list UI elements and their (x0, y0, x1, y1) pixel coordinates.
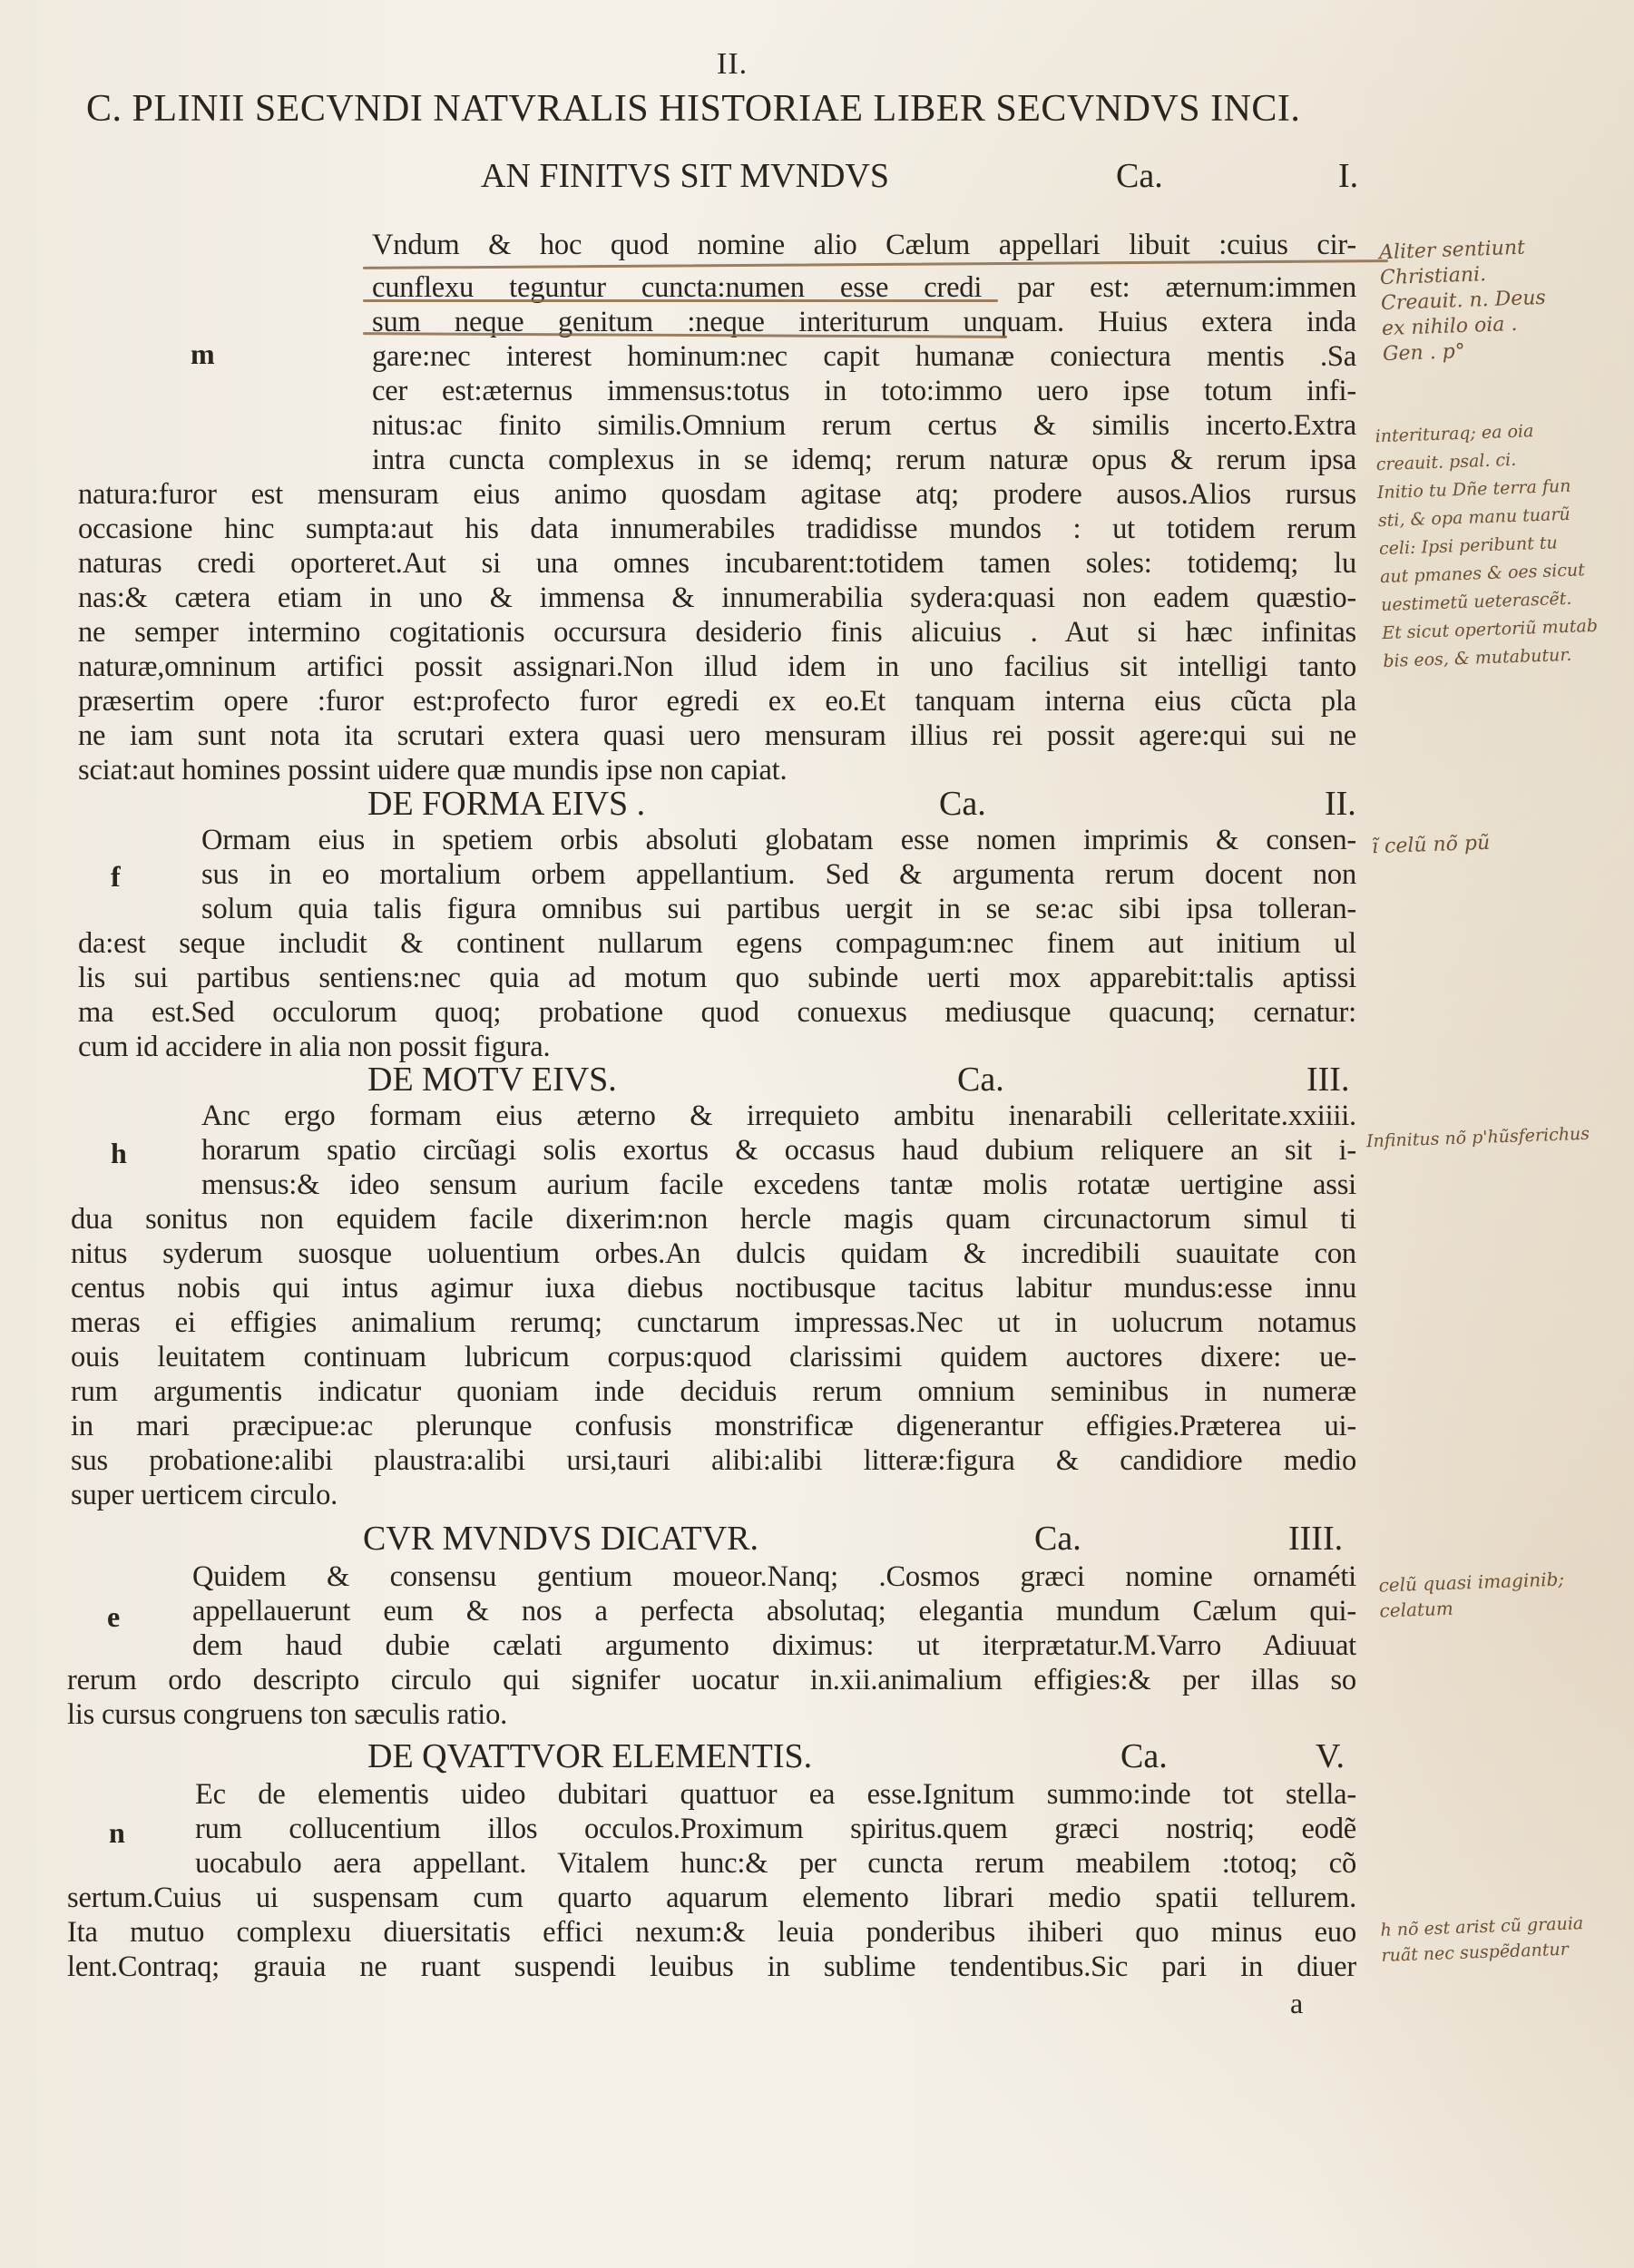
ink-underline (363, 299, 998, 302)
text-line: sus probatione:alibi plaustra:alibi ursi… (71, 1444, 1356, 1477)
text-line: naturas credi oporteret.Aut si una omnes… (78, 547, 1356, 580)
chapter-title: DE QVATTVOR ELEMENTIS. (367, 1736, 812, 1776)
guide-letter: n (109, 1816, 125, 1850)
text-line: cum id accidere in alia non possit figur… (78, 1031, 550, 1063)
marginal-note: Infinitus nõ p'hũsferichus (1366, 1121, 1590, 1155)
text-line: præsertim opere :furor est:profecto furo… (78, 685, 1356, 718)
text-line: nitus:ac finito similis.Omnium rerum cer… (372, 409, 1356, 442)
chapter-title: DE MOTV EIVS. (367, 1060, 617, 1100)
chapter-label: Ca. (957, 1060, 1004, 1100)
text-line: mensus:& ideo sensum aurium facile exced… (201, 1168, 1356, 1201)
text-line: meras ei effigies animalium rerumq; cunc… (71, 1306, 1356, 1339)
text-line: sertum.Cuius ui suspensam cum quarto aqu… (67, 1882, 1356, 1914)
text-line: rum argumentis indicatur quoniam inde de… (71, 1375, 1356, 1408)
text-line: nas:& cætera etiam in uno & immensa & in… (78, 582, 1356, 614)
text-line: intra cuncta complexus in se idemq; reru… (372, 444, 1356, 476)
chapter-heading-5: DE QVATTVOR ELEMENTIS. Ca. V. (367, 1736, 1361, 1776)
text-line: cer est:æternus immensus:totus in toto:i… (372, 375, 1356, 407)
text-line: dem haud dubie cælati argumento diximus:… (192, 1629, 1356, 1662)
chapter-label: Ca. (1120, 1736, 1168, 1776)
chapter-label: Ca. (939, 784, 986, 824)
signature-mark: a (1290, 1987, 1303, 2020)
text-line: sciat:aut homines possint uidere quæ mun… (78, 754, 787, 787)
chapter-heading-1: AN FINITVS SIT MVNDVS Ca. I. (481, 156, 1361, 196)
text-line: appellauerunt eum & nos a perfecta absol… (192, 1595, 1356, 1628)
chapter-title: CVR MVNDVS DICATVR. (363, 1519, 758, 1559)
text-line: dua sonitus non equidem facile dixerim:n… (71, 1203, 1356, 1236)
text-line: Quidem & consensu gentium moueor.Nanq; .… (192, 1560, 1356, 1593)
chapter-number: IIII. (1288, 1519, 1343, 1559)
chapter-number: V. (1316, 1736, 1345, 1776)
text-line: uocabulo aera appellant. Vitalem hunc:& … (195, 1847, 1356, 1880)
chapter-heading-4: CVR MVNDVS DICATVR. Ca. IIII. (363, 1519, 1361, 1559)
text-line: ne semper intermino cogitationis occursu… (78, 616, 1356, 649)
chapter-heading-3: DE MOTV EIVS. Ca. III. (367, 1060, 1361, 1100)
text-line: naturæ,omninum artifici possit assignari… (78, 650, 1356, 683)
text-line: Ormam eius in spetiem orbis absoluti glo… (201, 824, 1356, 856)
chapter-number: III. (1306, 1060, 1349, 1100)
text-line: lis cursus congruens ton sæculis ratio. (67, 1698, 507, 1731)
text-line: super uerticem circulo. (71, 1479, 338, 1511)
text-line: occasione hinc sumpta:aut his data innum… (78, 513, 1356, 545)
chapter-heading-2: DE FORMA EIVS . Ca. II. (367, 784, 1361, 824)
text-line: ouis leuitatem continuam lubricum corpus… (71, 1341, 1356, 1374)
note-line: Gen . p° (1383, 337, 1549, 367)
chapter-title: DE FORMA EIVS . (367, 784, 645, 824)
marginal-note: h nõ est arist cũ grauia ruãt nec suspẽd… (1380, 1911, 1585, 1969)
text-line: rum collucentium illos occulos.Proximum … (195, 1813, 1356, 1845)
chapter-number: I. (1338, 156, 1358, 196)
marginal-note: ĩ celũ nõ pũ (1372, 831, 1491, 861)
text-line: in mari præcipue:ac plerunque confusis m… (71, 1410, 1356, 1442)
chapter-label: Ca. (1116, 156, 1163, 196)
text-line: lent.Contraq; grauia ne ruant suspendi l… (67, 1950, 1356, 1983)
folio-number: II. (717, 47, 748, 82)
book-title: C. PLINII SECVNDI NATVRALIS HISTORIAE LI… (86, 87, 1375, 131)
marginal-note: Aliter sentiunt Christiani. Creauit. n. … (1379, 235, 1549, 367)
text-line: solum quia talis figura omnibus sui part… (201, 893, 1356, 925)
guide-letter: h (111, 1137, 127, 1170)
text-line: Ita mutuo complexu diuersitatis effici n… (67, 1916, 1356, 1949)
marginal-note: celũ quasi imaginib; celatum (1378, 1566, 1565, 1623)
text-line: ne iam sunt nota ita scrutari extera qua… (78, 719, 1356, 752)
chapter-number: II. (1325, 784, 1356, 824)
chapter-title: AN FINITVS SIT MVNDVS (481, 156, 889, 196)
note-line: celatum (1379, 1591, 1565, 1623)
book-page: II. C. PLINII SECVNDI NATVRALIS HISTORIA… (0, 0, 1634, 2268)
text-line: horarum spatio circũagi solis exortus & … (201, 1134, 1356, 1167)
guide-letter: e (107, 1600, 120, 1634)
text-line: Anc ergo formam eius æterno & irrequieto… (201, 1100, 1356, 1132)
text-line: sus in eo mortalium orbem appellantium. … (201, 858, 1356, 891)
text-line: Vndum & hoc quod nomine alio Cælum appel… (372, 229, 1356, 261)
text-line: Ec de elementis uideo dubitari quattuor … (195, 1778, 1356, 1811)
marginal-note: interituraq; ea oia creauit. psal. ci. I… (1375, 415, 1599, 676)
text-line: gare:nec interest hominum:nec capit huma… (372, 340, 1356, 373)
text-line: nitus syderum suosque uoluentium orbes.A… (71, 1237, 1356, 1270)
text-line: ma est.Sed occulorum quoq; probatione qu… (78, 996, 1356, 1029)
text-line: da:est seque includit & continent nullar… (78, 927, 1356, 960)
guide-letter: f (111, 860, 121, 894)
text-line: lis sui partibus sentiens:nec quia ad mo… (78, 962, 1356, 994)
text-line: rerum ordo descripto circulo qui signife… (67, 1664, 1356, 1696)
text-line: centus nobis qui intus agimur iuxa diebu… (71, 1272, 1356, 1305)
guide-letter: m (191, 337, 215, 371)
text-line: natura:furor est mensuram eius animo quo… (78, 478, 1356, 511)
chapter-label: Ca. (1034, 1519, 1081, 1559)
